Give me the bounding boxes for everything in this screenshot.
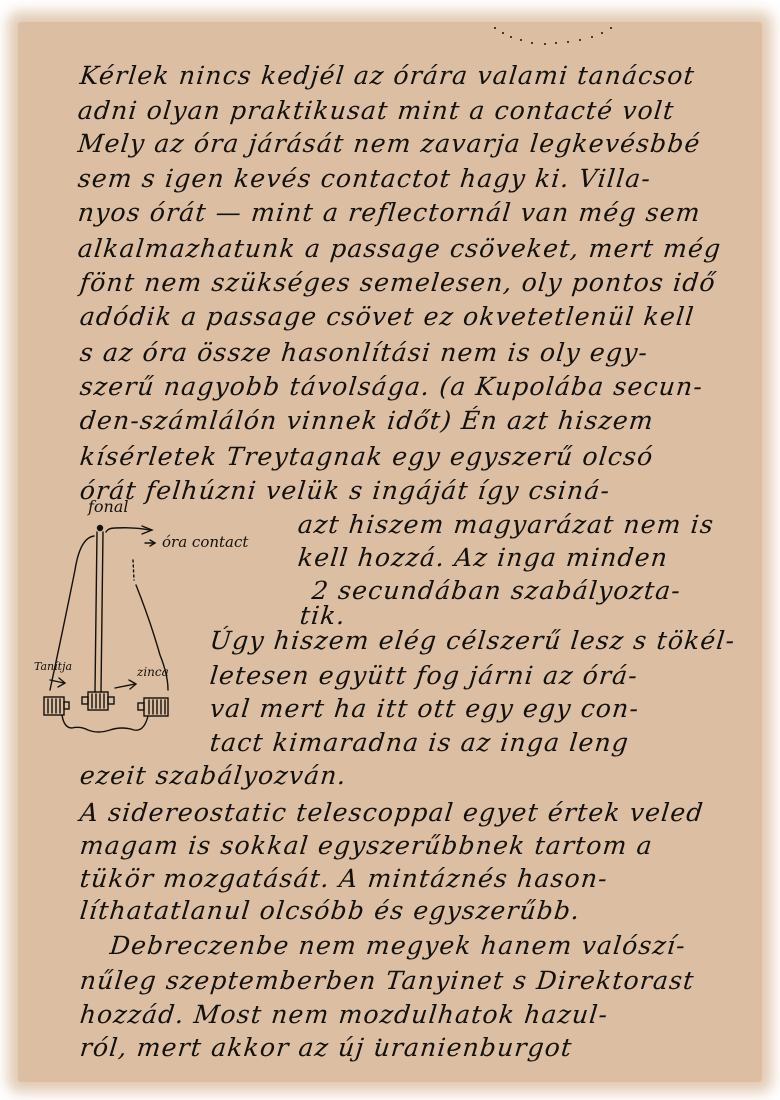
- letter-line: kísérletek Treytagnak egy egyszerű olcsó: [78, 442, 655, 471]
- letter-line: órát felhúzni velük s ingáját így csiná-: [78, 476, 611, 505]
- letter-line: Debreczenbe nem megyek hanem valószí-: [108, 931, 687, 960]
- letter-line-beside-diagram: 2 secundában szabályozta-: [310, 576, 682, 605]
- letter-line-beside-diagram: letesen együtt fog járni az órá-: [208, 661, 639, 690]
- letter-line: nűleg szeptemberben Tanyinet s Direktora…: [78, 966, 696, 995]
- letter-line: A sidereostatic telescoppal egyet értek …: [78, 798, 705, 827]
- letter-line: tükör mozgatását. A mintáznés hason-: [78, 864, 609, 893]
- letter-line: magam is sokkal egyszerűbbnek tartom a: [78, 831, 654, 860]
- letter-line: nyos órát — mint a reflectornál van még …: [76, 198, 702, 227]
- letter-line: hozzád. Most nem mozdulhatok hazul-: [78, 1000, 609, 1029]
- letter-line: den-számlálón vinnek időt) Én azt hiszem: [78, 406, 655, 435]
- letter-line: ról, mert akkor az új uranienburgot: [78, 1033, 573, 1062]
- letter-line: líthatatlanul olcsóbb és egyszerűbb.: [78, 896, 582, 925]
- letter-line: s az óra össze hasonlítási nem is oly eg…: [78, 338, 649, 367]
- letter-line-beside-diagram: Úgy hiszem elég célszerű lesz s tökél-: [208, 626, 736, 655]
- letter-line: sem s igen kevés contactot hagy ki. Vill…: [76, 164, 652, 193]
- letter-line-beside-diagram: val mert ha itt ott egy egy con-: [208, 694, 640, 723]
- letter-line: alkalmazhatunk a passage csöveket, mert …: [76, 234, 722, 263]
- letter-line-beside-diagram: tact kimaradna is az inga leng: [208, 728, 630, 757]
- letter-line: Mely az óra járását nem zavarja legkevés…: [76, 129, 702, 158]
- letter-line-beside-diagram: azt hiszem magyarázat nem is: [296, 510, 715, 539]
- letter-line: adni olyan praktikusat mint a contacté v…: [76, 96, 676, 125]
- letter-line-beside-diagram: kell hozzá. Az inga minden: [296, 543, 669, 572]
- letter-line: ezeit szabályozván.: [78, 761, 348, 790]
- letter-line: Kérlek nincs kedjél az órára valami taná…: [78, 61, 696, 90]
- letter-line: adódik a passage csövet ez okvetetlenül …: [78, 302, 696, 331]
- letter-line: fönt nem szükséges semelesen, oly pontos…: [78, 268, 717, 297]
- letter-line: szerű nagyobb távolsága. (a Kupolába sec…: [78, 372, 704, 401]
